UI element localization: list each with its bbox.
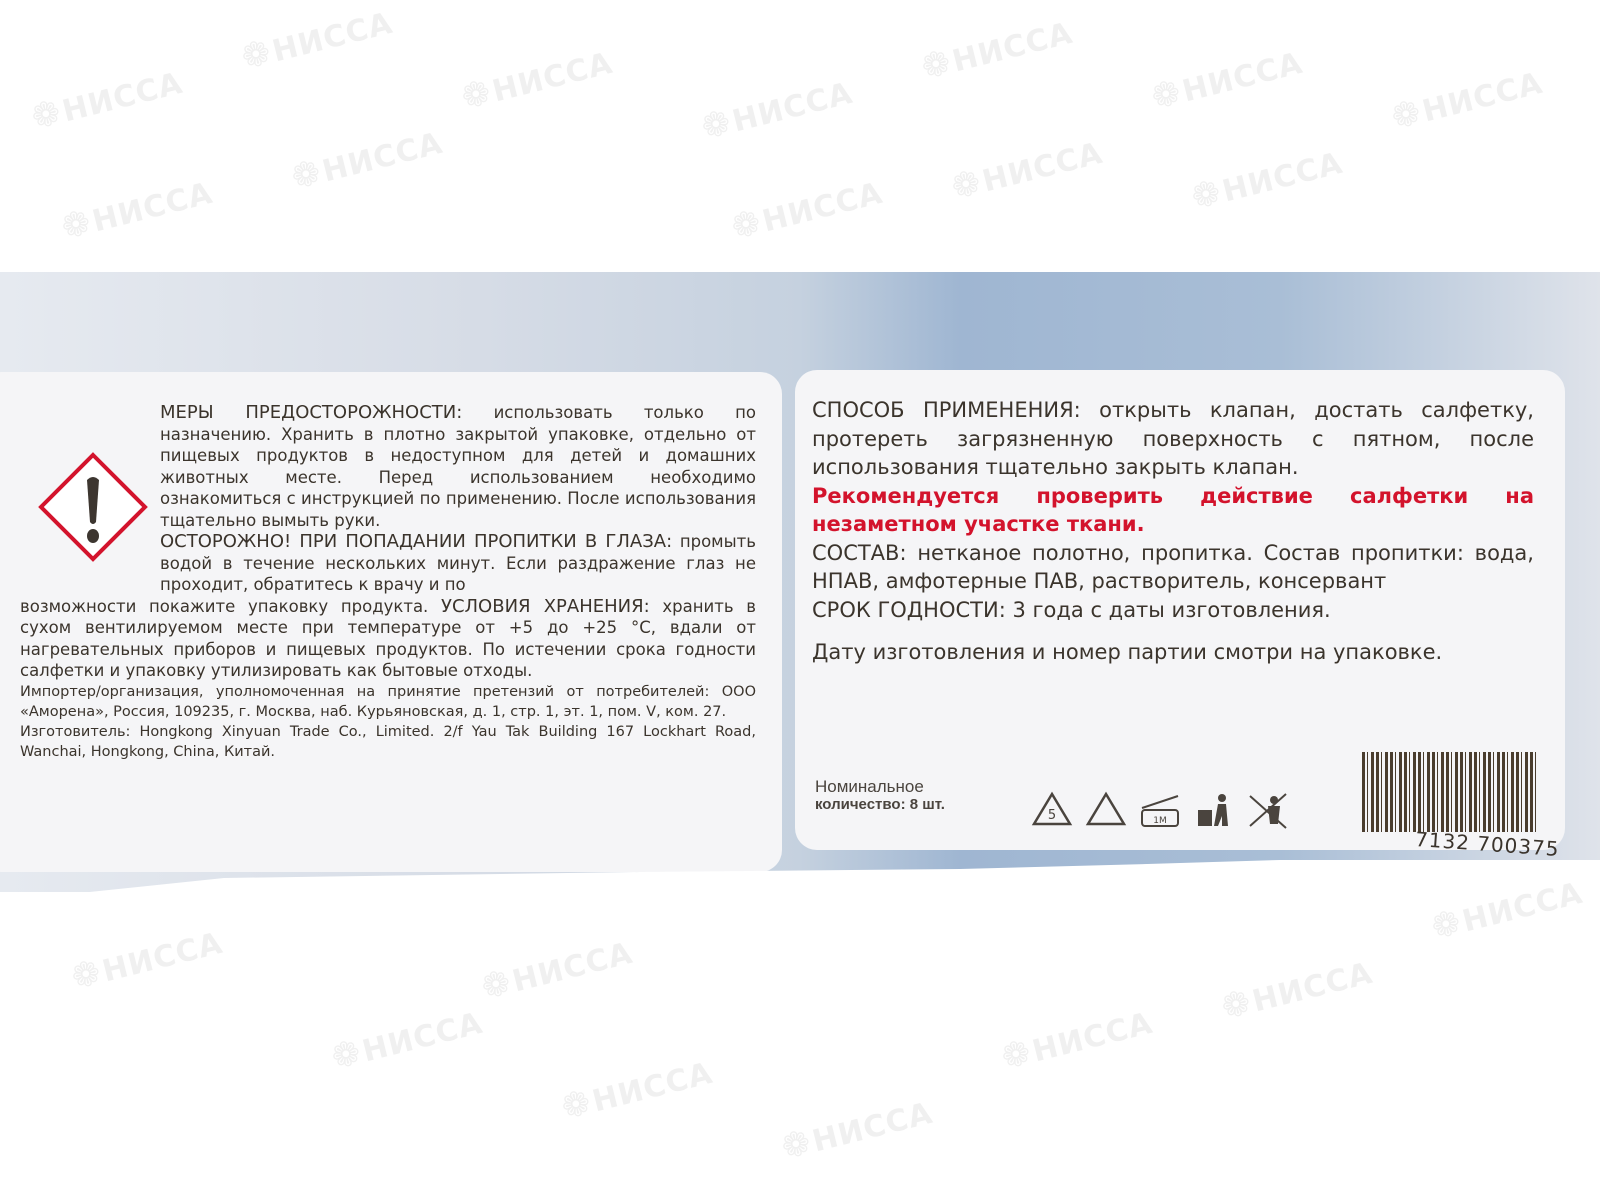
- ghs-exclamation-mark-icon: [38, 452, 148, 562]
- quantity-value: 8 шт.: [910, 796, 945, 813]
- right-label-text: СПОСОБ ПРИМЕНЕНИЯ: открыть клапан, доста…: [812, 396, 1534, 667]
- watermark: НИССА: [997, 1002, 1156, 1078]
- watermark: НИССА: [477, 932, 636, 1008]
- production-note: Дату изготовления и номер партии смотри …: [812, 638, 1534, 667]
- watermark: НИССА: [57, 172, 216, 248]
- svg-text:1M: 1M: [1153, 816, 1167, 826]
- nominal-quantity: Номинальное количество: 8 шт.: [815, 778, 945, 814]
- shelf-life-heading: СРОК ГОДНОСТИ:: [812, 598, 1006, 622]
- shelf-life-text: 3 года с даты изготовления.: [1012, 598, 1330, 622]
- composition-heading: СОСТАВ:: [812, 541, 907, 565]
- precautions-heading: МЕРЫ ПРЕДОСТОРОЖНОСТИ:: [160, 402, 462, 423]
- precautions-section: МЕРЫ ПРЕДОСТОРОЖНОСТИ: использовать толь…: [160, 402, 756, 531]
- composition-section: СОСТАВ: нетканое полотно, пропитка. Сост…: [812, 539, 1534, 596]
- watermark: НИССА: [327, 1002, 486, 1078]
- watermark: НИССА: [1147, 42, 1306, 118]
- usage-section: СПОСОБ ПРИМЕНЕНИЯ: открыть клапан, доста…: [812, 396, 1534, 482]
- recycle-5-pp-icon: 5: [1030, 790, 1074, 830]
- keep-away-from-children-icon: [1246, 790, 1290, 830]
- composition-text: нетканое полотно, пропитка. Состав пропи…: [812, 541, 1534, 594]
- watermark: НИССА: [457, 42, 616, 118]
- watermark: НИССА: [237, 2, 396, 78]
- storage-heading: УСЛОВИЯ ХРАНЕНИЯ:: [441, 596, 650, 617]
- shelf-life-section: СРОК ГОДНОСТИ: 3 года с даты изготовлени…: [812, 596, 1534, 625]
- barcode: [1362, 752, 1537, 832]
- svg-text:5: 5: [1048, 808, 1056, 823]
- packaging-symbols: 5 1M: [1030, 790, 1290, 830]
- eyes-text-cont: возможности покажите упаковку продукта.: [20, 597, 428, 616]
- period-after-opening-icon: 1M: [1138, 790, 1182, 830]
- watermark: НИССА: [697, 72, 856, 148]
- quantity-label-line2: количество:: [815, 796, 906, 813]
- recycle-c-pp-icon: [1084, 790, 1128, 830]
- watermark: НИССА: [727, 172, 886, 248]
- eyes-section: ОСТОРОЖНО! ПРИ ПОПАДАНИИ ПРОПИТКИ В ГЛАЗ…: [160, 531, 756, 596]
- watermark: НИССА: [557, 1052, 716, 1128]
- watermark: НИССА: [1217, 952, 1376, 1028]
- watermark: НИССА: [27, 62, 186, 138]
- storage-section: возможности покажите упаковку продукта. …: [20, 596, 756, 682]
- watermark: НИССА: [67, 922, 226, 998]
- manufacturer-text: Изготовитель: Hongkong Xinyuan Trade Co.…: [20, 722, 756, 762]
- eyes-heading: ОСТОРОЖНО! ПРИ ПОПАДАНИИ ПРОПИТКИ В ГЛАЗ…: [160, 531, 672, 552]
- importer-text: Импортер/организация, уполномоченная на …: [20, 682, 756, 722]
- watermark: НИССА: [1387, 62, 1546, 138]
- tidyman-bin-icon: [1192, 790, 1236, 830]
- recommendation-text: Рекомендуется проверить действие салфетк…: [812, 482, 1534, 539]
- quantity-label-line1: Номинальное: [815, 778, 945, 796]
- watermark: НИССА: [777, 1092, 936, 1168]
- usage-heading: СПОСОБ ПРИМЕНЕНИЯ:: [812, 398, 1081, 422]
- watermark: НИССА: [1187, 142, 1346, 218]
- watermark: НИССА: [947, 132, 1106, 208]
- left-label-text: МЕРЫ ПРЕДОСТОРОЖНОСТИ: использовать толь…: [160, 402, 756, 762]
- watermark: НИССА: [287, 122, 446, 198]
- watermark: НИССА: [917, 12, 1076, 88]
